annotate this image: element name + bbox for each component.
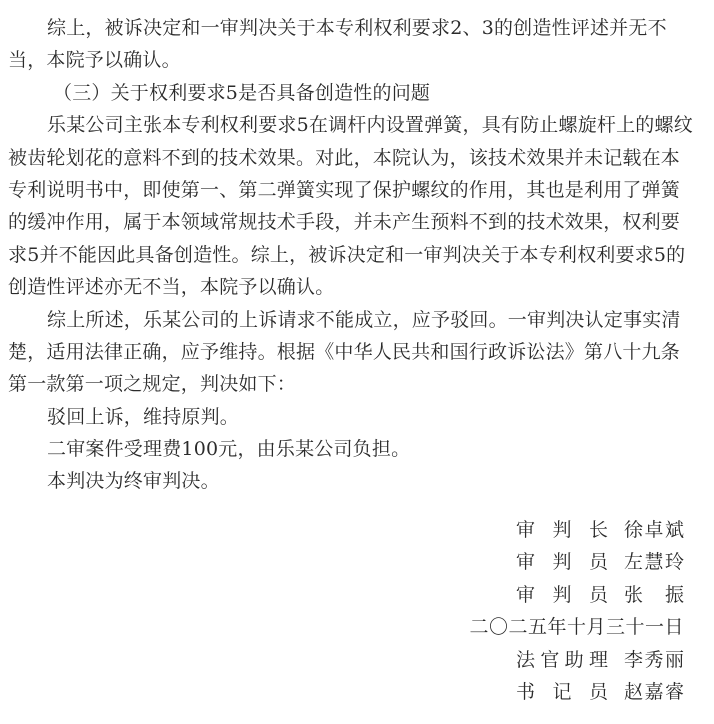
clerk-name: 李秀丽 xyxy=(624,644,684,676)
paragraph-line: 乐某公司主张本专利权利要求5在调杆内设置弹簧，具有防止螺旋杆上的螺纹 xyxy=(8,109,714,141)
judgment-date: 二〇二五年十月三十一日 xyxy=(469,611,684,643)
signature-name: 左慧玲 xyxy=(624,546,684,578)
paragraph-line: 第一款第一项之规定，判决如下： xyxy=(8,368,714,400)
fee-line: 二审案件受理费100元，由乐某公司负担。 xyxy=(8,433,714,465)
judgment-document: 综上，被诉决定和一审判决关于本专利权利要求2、3的创造性评述并无不 当，本院予以… xyxy=(8,12,714,498)
signature-role: 审判员 xyxy=(516,579,608,611)
clerk-row: 法官助理 李秀丽 xyxy=(469,644,684,676)
paragraph-line: 被齿轮划花的意料不到的技术效果。对此，本院认为，该技术效果并未记载在本 xyxy=(8,142,714,174)
signature-block: 审判长 徐卓斌 审判员 左慧玲 审判员 张振 二〇二五年十月三十一日 法官助理 … xyxy=(469,514,684,708)
paragraph-line: 当，本院予以确认。 xyxy=(8,44,714,76)
paragraph-line: 创造性评述亦无不当，本院予以确认。 xyxy=(8,271,714,303)
signature-name: 张振 xyxy=(624,579,684,611)
paragraph-line: 的缓冲作用，属于本领域常规技术手段，并未产生预料不到的技术效果，权利要 xyxy=(8,206,714,238)
paragraph-line: 楚，适用法律正确，应予维持。根据《中华人民共和国行政诉讼法》第八十九条 xyxy=(8,336,714,368)
signature-row: 审判员 左慧玲 xyxy=(469,546,684,578)
final-judgment-line: 本判决为终审判决。 xyxy=(8,465,714,497)
section-heading: （三）关于权利要求5是否具备创造性的问题 xyxy=(8,77,714,109)
paragraph-line: 综上所述，乐某公司的上诉请求不能成立，应予驳回。一审判决认定事实清 xyxy=(8,304,714,336)
signature-row: 审判长 徐卓斌 xyxy=(469,514,684,546)
clerk-role: 法官助理 xyxy=(516,644,608,676)
signature-role: 审判长 xyxy=(516,514,608,546)
paragraph-line: 综上，被诉决定和一审判决关于本专利权利要求2、3的创造性评述并无不 xyxy=(8,12,714,44)
paragraph-line: 专利说明书中，即使第一、第二弹簧实现了保护螺纹的作用，其也是利用了弹簧 xyxy=(8,174,714,206)
ruling-line: 驳回上诉，维持原判。 xyxy=(8,401,714,433)
clerk-role: 书记员 xyxy=(516,676,608,708)
signature-role: 审判员 xyxy=(516,546,608,578)
signature-row: 审判员 张振 xyxy=(469,579,684,611)
date-text: 二〇二五年十月三十一日 xyxy=(469,611,684,643)
clerk-name: 赵嘉睿 xyxy=(624,676,684,708)
paragraph-line: 求5并不能因此具备创造性。综上，被诉决定和一审判决关于本专利权利要求5的 xyxy=(8,239,714,271)
signature-name: 徐卓斌 xyxy=(624,514,684,546)
clerk-row: 书记员 赵嘉睿 xyxy=(469,676,684,708)
